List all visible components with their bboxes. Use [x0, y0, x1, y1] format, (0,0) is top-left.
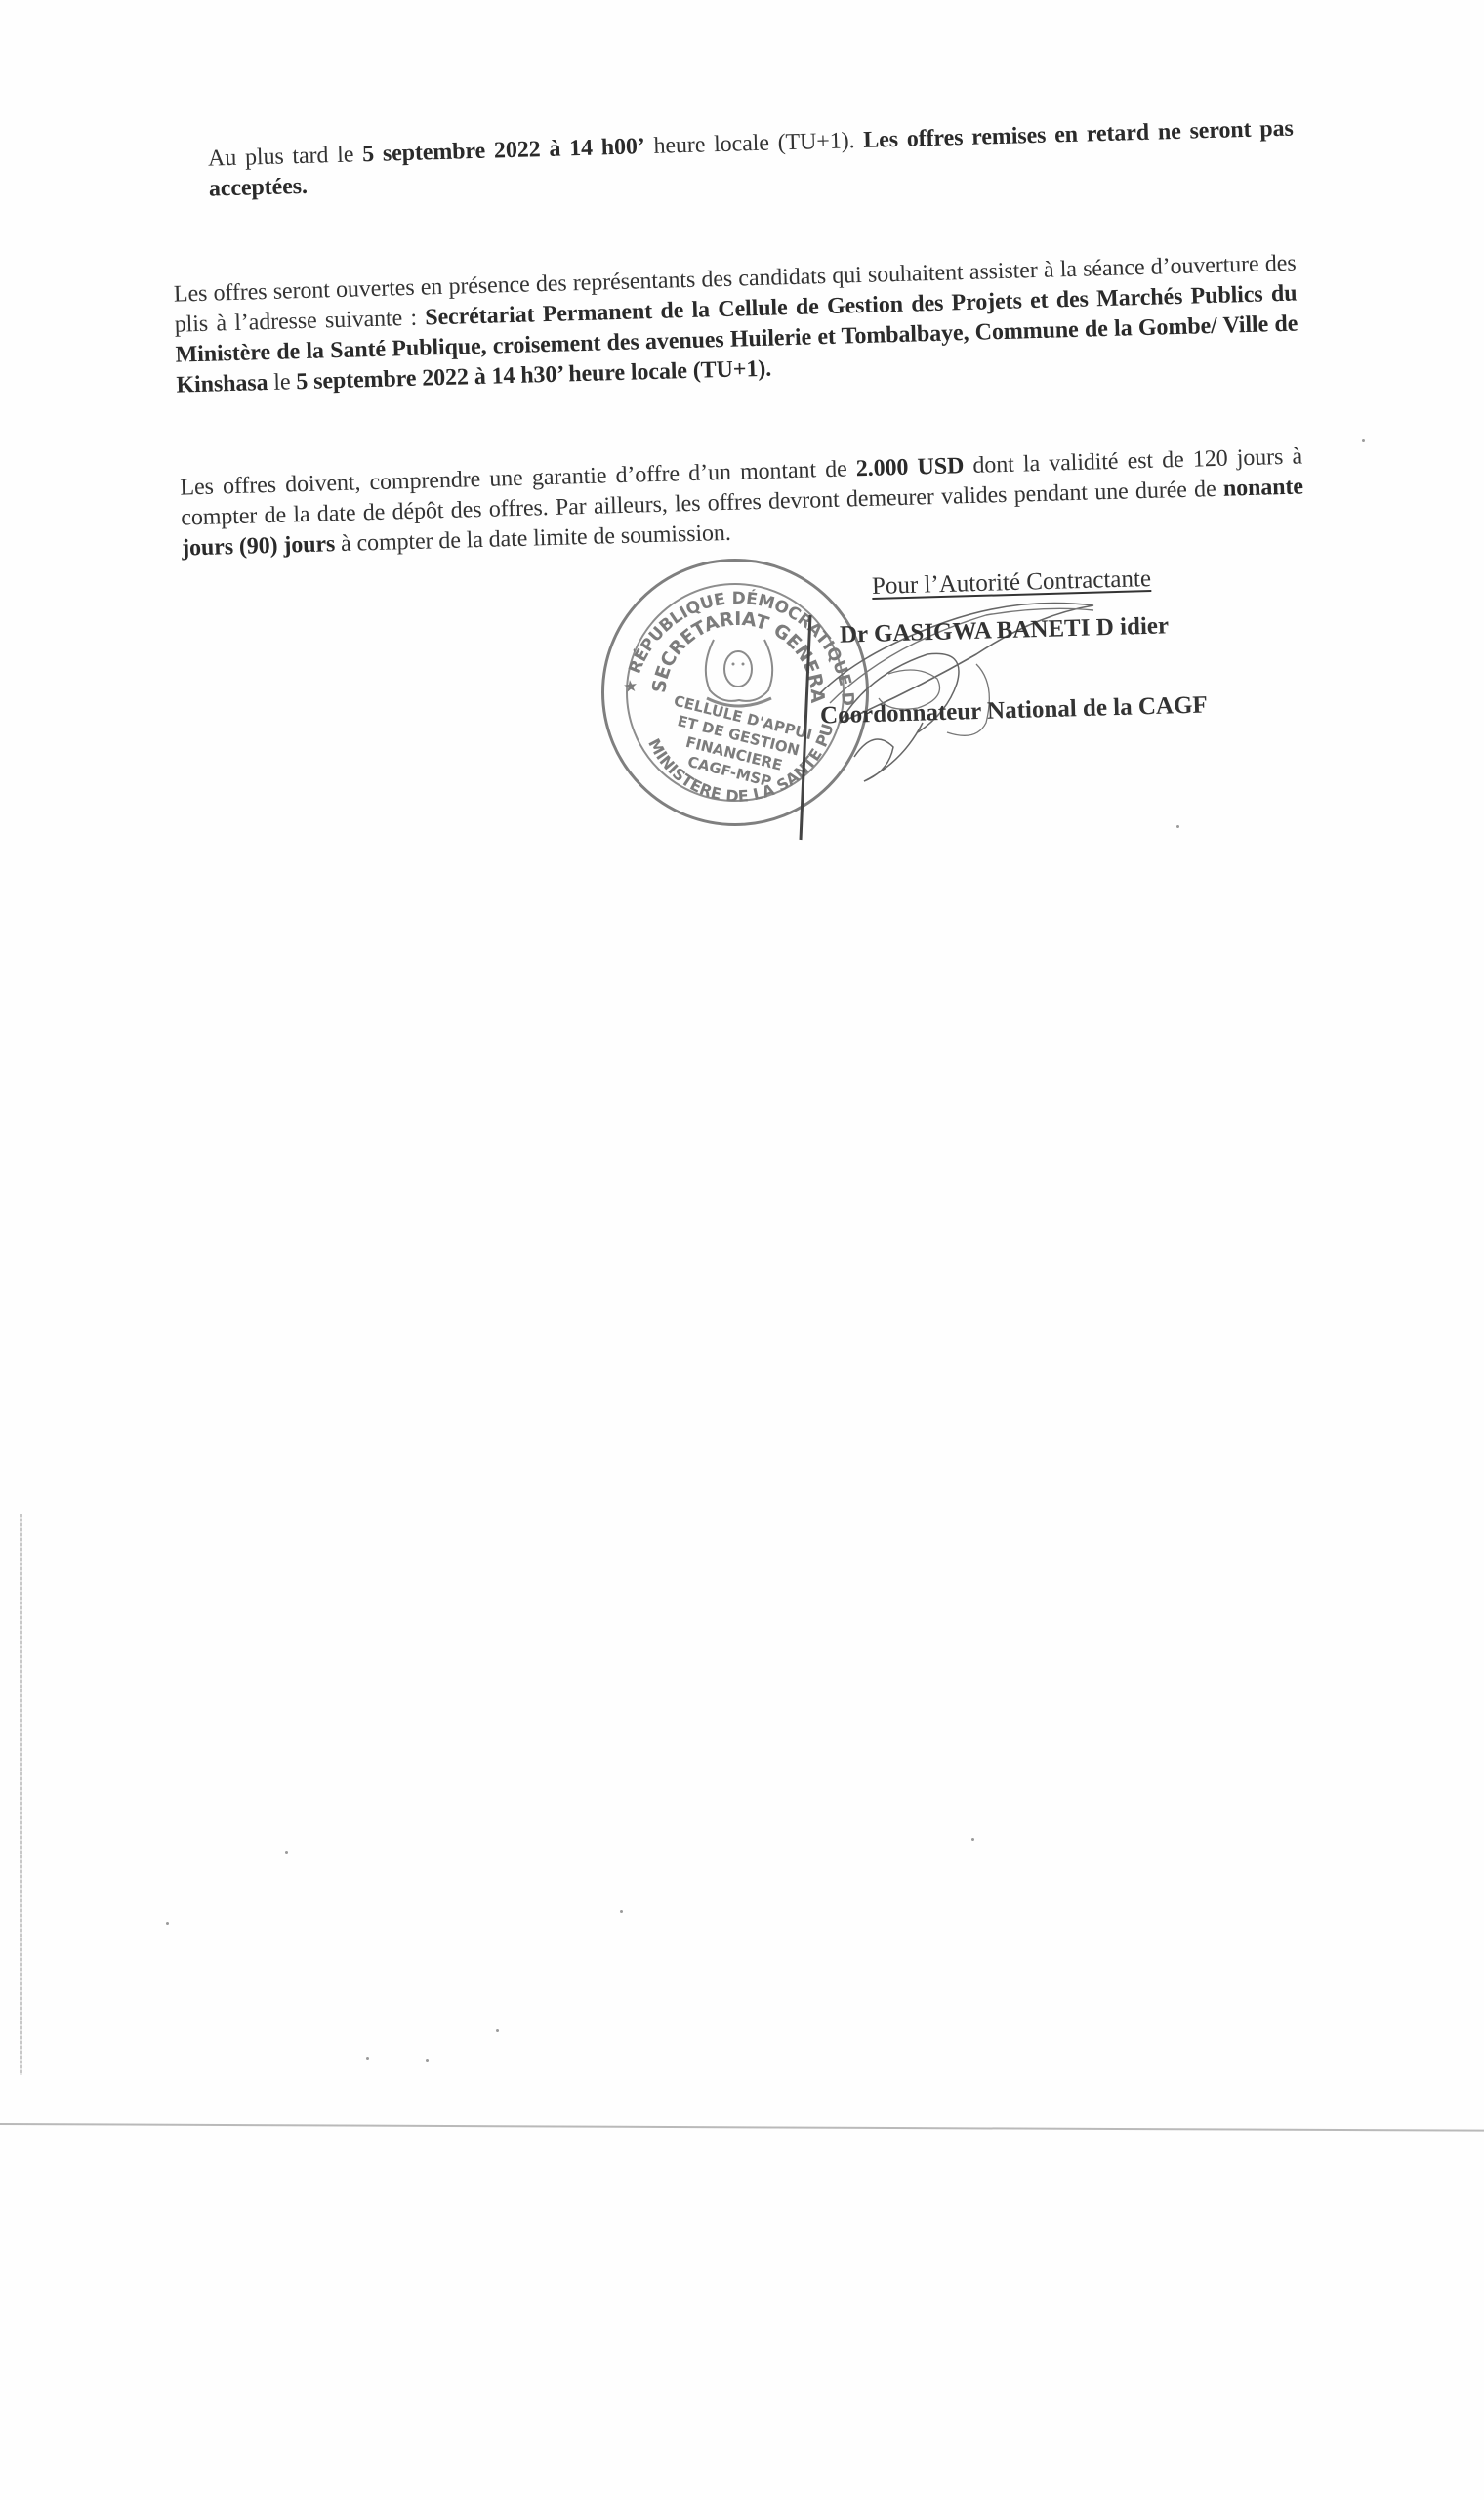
scan-speck: [426, 2059, 429, 2062]
scan-speck: [285, 1851, 288, 1854]
text: Au plus tard le: [208, 142, 363, 171]
scan-speck: [1176, 825, 1179, 828]
deadline-date: 5 septembre 2022 à 14 h00’: [362, 134, 645, 167]
scan-edge-horizontal-line: [0, 2123, 1484, 2132]
scan-speck: [496, 2029, 499, 2032]
scan-edge-vertical-line: [20, 1514, 22, 2075]
paragraph-opening: Les offres seront ouvertes en présence d…: [174, 249, 1299, 401]
text: heure locale (TU+1).: [644, 128, 863, 159]
guarantee-amount: 2.000 USD: [855, 453, 964, 481]
scan-speck: [620, 1910, 623, 1913]
scan-speck: [366, 2057, 369, 2060]
paragraph-deadline: Au plus tard le 5 septembre 2022 à 14 h0…: [208, 114, 1295, 205]
text: le: [268, 369, 297, 396]
scanned-page: Au plus tard le 5 septembre 2022 à 14 h0…: [0, 0, 1484, 2500]
scan-speck: [166, 1922, 169, 1925]
scan-speck: [971, 1838, 974, 1841]
paragraph-guarantee: Les offres doivent, comprendre une garan…: [180, 441, 1304, 563]
text: à compter de la date limite de soumissio…: [335, 521, 731, 557]
scan-speck: [1362, 439, 1365, 442]
